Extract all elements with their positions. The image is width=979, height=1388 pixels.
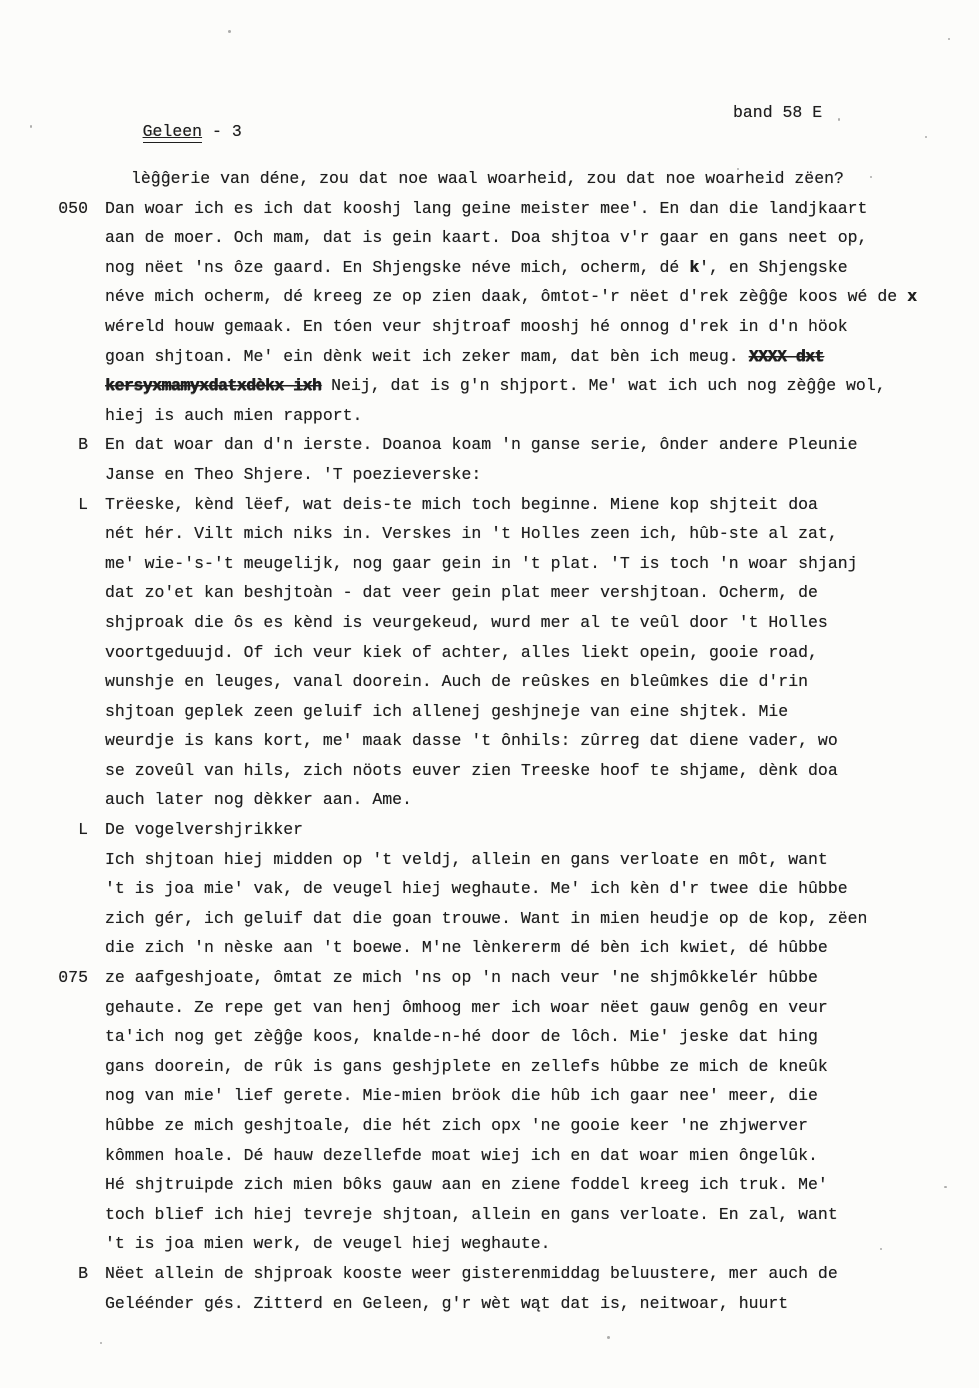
text-segment: x: [907, 287, 917, 306]
struck-out-text: XXXX dxt: [749, 347, 824, 366]
line-text: Janse en Theo Shjere. 'T poezieverske:: [105, 460, 481, 490]
margin-spacer: [48, 282, 88, 312]
page-header-left: Geleen- 3: [103, 103, 242, 162]
text-line: nét hér. Vilt mich niks in. Verskes in '…: [48, 519, 958, 549]
line-text: gans doorein, de rûk is gans geshjplete …: [105, 1052, 828, 1082]
margin-spacer: [48, 845, 88, 875]
text-segment: hûbbe ze mich geshjtoale, die hét zich o…: [105, 1116, 808, 1135]
line-text: ze aafgeshjoate, ômtat ze mich 'ns op 'n…: [105, 963, 818, 993]
struck-out-text: kersyxmamyxdatxdèkx ixh: [105, 376, 321, 395]
text-line: hûbbe ze mich geshjtoale, die hét zich o…: [48, 1111, 958, 1141]
text-segment: En dat woar dan d'n ierste. Doanoa koam …: [105, 435, 858, 454]
text-line: kômmen hoale. Dé hauw dezellefde moat wi…: [48, 1141, 958, 1171]
line-text: lèĝĝerie van déne, zou dat noe waal woar…: [105, 164, 844, 194]
line-text: voortgeduujd. Of ich veur kiek of achter…: [105, 638, 818, 668]
margin-spacer: [48, 1289, 88, 1319]
margin-spacer: [48, 342, 88, 372]
scanned-typescript-page: Geleen- 3 band 58 E lèĝĝerie van déne, z…: [0, 0, 979, 1388]
line-text: goan shjtoan. Me' ein dènk weit ich zeke…: [105, 342, 824, 372]
text-segment: lèĝĝerie van déne, zou dat noe waal woar…: [131, 169, 844, 188]
text-segment: De vogelvershjrikker: [105, 820, 303, 839]
text-segment: 't is joa mien werk, de veugel hiej wegh…: [105, 1234, 551, 1253]
margin-spacer: [48, 697, 88, 727]
line-number: 075: [48, 963, 88, 993]
margin-spacer: [48, 519, 88, 549]
text-line: néve mich ocherm, dé kreeg ze op zien da…: [48, 282, 958, 312]
page-number: - 3: [212, 122, 242, 141]
text-line: nog nëet 'ns ôze gaard. En Shjengske név…: [48, 253, 958, 283]
text-line: Geléénder gés. Zitterd en Geleen, g'r wè…: [48, 1289, 958, 1319]
line-text: nét hér. Vilt mich niks in. Verskes in '…: [105, 519, 838, 549]
text-line: Ich shjtoan hiej midden op 't veldj, all…: [48, 845, 958, 875]
scan-speck: [152, 133, 154, 135]
text-line: toch blief ich hiej tevreje shjtoan, all…: [48, 1200, 958, 1230]
margin-spacer: [48, 933, 88, 963]
text-segment: wéreld houw gemaak. En tóen veur shjtroa…: [105, 317, 848, 336]
line-text: Ich shjtoan hiej midden op 't veldj, all…: [105, 845, 828, 875]
line-text: Geléénder gés. Zitterd en Geleen, g'r wè…: [105, 1289, 788, 1319]
line-text: 't is joa mien werk, de veugel hiej wegh…: [105, 1229, 551, 1259]
margin-spacer: [48, 460, 88, 490]
text-segment: Janse en Theo Shjere. 'T poezieverske:: [105, 465, 481, 484]
scan-speck: [838, 118, 840, 121]
text-segment: hiej is auch mien rapport.: [105, 406, 362, 425]
text-line: 't is joa mie' vak, de veugel hiej wegha…: [48, 874, 958, 904]
margin-spacer: [48, 608, 88, 638]
text-line: gans doorein, de rûk is gans geshjplete …: [48, 1052, 958, 1082]
text-segment: se zoveûl van hils, zich nöots euver zie…: [105, 761, 838, 780]
text-line: gehaute. Ze repe get van henj ômhoog mer…: [48, 993, 958, 1023]
line-text: die zich 'n nèske aan 't boewe. M'ne lèn…: [105, 933, 828, 963]
speaker-label: B: [48, 430, 88, 460]
text-line: Hé shjtruipde zich mien bôks gauw aan en…: [48, 1170, 958, 1200]
text-line: weurdje is kans kort, me' maak dasse 't …: [48, 726, 958, 756]
text-segment: goan shjtoan. Me' ein dènk weit ich zeke…: [105, 347, 749, 366]
scan-speck: [870, 176, 872, 178]
text-segment: gans doorein, de rûk is gans geshjplete …: [105, 1057, 828, 1076]
margin-spacer: [48, 667, 88, 697]
text-segment: zich gér, ich geluif dat die goan trouwe…: [105, 909, 867, 928]
line-text: shjproak die ôs es kènd is veurgekeud, w…: [105, 608, 828, 638]
line-text: hûbbe ze mich geshjtoale, die hét zich o…: [105, 1111, 808, 1141]
text-line: BEn dat woar dan d'n ierste. Doanoa koam…: [48, 430, 958, 460]
text-segment: auch later nog dèkker aan. Ame.: [105, 790, 412, 809]
text-line: Janse en Theo Shjere. 'T poezieverske:: [48, 460, 958, 490]
text-line: hiej is auch mien rapport.: [48, 401, 958, 431]
scan-speck: [30, 125, 32, 128]
line-text: nog nëet 'ns ôze gaard. En Shjengske név…: [105, 253, 848, 283]
text-segment: nog nëet 'ns ôze gaard. En Shjengske név…: [105, 258, 689, 277]
line-text: ta'ich nog get zèĝĝe koos, knalde-n-hé d…: [105, 1022, 818, 1052]
line-text: néve mich ocherm, dé kreeg ze op zien da…: [105, 282, 917, 312]
line-text: Hé shjtruipde zich mien bôks gauw aan en…: [105, 1170, 828, 1200]
text-segment: gehaute. Ze repe get van henj ômhoog mer…: [105, 998, 828, 1017]
margin-spacer: [48, 253, 88, 283]
line-number: 050: [48, 194, 88, 224]
text-line: shjproak die ôs es kènd is veurgekeud, w…: [48, 608, 958, 638]
text-line: BNëet allein de shjproak kooste weer gis…: [48, 1259, 958, 1289]
margin-spacer: [48, 1170, 88, 1200]
text-segment: nét hér. Vilt mich niks in. Verskes in '…: [105, 524, 838, 543]
text-segment: Geléénder gés. Zitterd en Geleen, g'r wè…: [105, 1294, 788, 1313]
text-line: zich gér, ich geluif dat die goan trouwe…: [48, 904, 958, 934]
text-segment: 't is joa mie' vak, de veugel hiej wegha…: [105, 879, 848, 898]
margin-spacer: [48, 549, 88, 579]
line-text: shjtoan geplek zeen geluif ich allenej g…: [105, 697, 788, 727]
text-line: se zoveûl van hils, zich nöots euver zie…: [48, 756, 958, 786]
text-segment: me' wie-'s-'t meugelijk, nog gaar gein i…: [105, 554, 858, 573]
margin-spacer: [48, 904, 88, 934]
text-segment: aan de moer. Och mam, dat is gein kaart.…: [105, 228, 867, 247]
text-segment: toch blief ich hiej tevreje shjtoan, all…: [105, 1205, 838, 1224]
margin-spacer: [48, 1111, 88, 1141]
line-text: dat zo'et kan beshjtoàn - dat veer gein …: [105, 578, 818, 608]
line-text: wunshje en leuges, vanal doorein. Auch d…: [105, 667, 808, 697]
line-text: wéreld houw gemaak. En tóen veur shjtroa…: [105, 312, 848, 342]
text-line: lèĝĝerie van déne, zou dat noe waal woar…: [48, 164, 958, 194]
text-segment: Hé shjtruipde zich mien bôks gauw aan en…: [105, 1175, 828, 1194]
margin-spacer: [48, 401, 88, 431]
text-segment: shjproak die ôs es kènd is veurgekeud, w…: [105, 613, 828, 632]
band-label: band 58 E: [733, 103, 822, 122]
line-text: auch later nog dèkker aan. Ame.: [105, 785, 412, 815]
speaker-label: L: [48, 490, 88, 520]
text-segment: ', en Shjengske: [699, 258, 848, 277]
text-segment: die zich 'n nèske aan 't boewe. M'ne lèn…: [105, 938, 828, 957]
text-line: me' wie-'s-'t meugelijk, nog gaar gein i…: [48, 549, 958, 579]
speaker-label: B: [48, 1259, 88, 1289]
scan-speck: [944, 1186, 947, 1188]
margin-spacer: [48, 312, 88, 342]
margin-spacer: [48, 1052, 88, 1082]
text-segment: weurdje is kans kort, me' maak dasse 't …: [105, 731, 838, 750]
text-segment: voortgeduujd. Of ich veur kiek of achter…: [105, 643, 818, 662]
line-text: kersyxmamyxdatxdèkx ixh Neij, dat is g'n…: [105, 371, 886, 401]
line-text: De vogelvershjrikker: [105, 815, 303, 845]
text-line: kersyxmamyxdatxdèkx ixh Neij, dat is g'n…: [48, 371, 958, 401]
text-segment: wunshje en leuges, vanal doorein. Auch d…: [105, 672, 808, 691]
margin-spacer: [48, 164, 88, 194]
text-line: 't is joa mien werk, de veugel hiej wegh…: [48, 1229, 958, 1259]
line-text: 't is joa mie' vak, de veugel hiej wegha…: [105, 874, 848, 904]
line-text: aan de moer. Och mam, dat is gein kaart.…: [105, 223, 867, 253]
margin-spacer: [48, 1022, 88, 1052]
text-segment: ta'ich nog get zèĝĝe koos, knalde-n-hé d…: [105, 1027, 818, 1046]
text-segment: ze aafgeshjoate, ômtat ze mich 'ns op 'n…: [105, 968, 818, 987]
speaker-label: L: [48, 815, 88, 845]
scan-speck: [100, 1342, 102, 1344]
text-segment: k: [689, 258, 699, 277]
text-line: nog van mie' lief gerete. Mie-mien bröok…: [48, 1081, 958, 1111]
text-line: shjtoan geplek zeen geluif ich allenej g…: [48, 697, 958, 727]
text-line: auch later nog dèkker aan. Ame.: [48, 785, 958, 815]
margin-spacer: [48, 993, 88, 1023]
line-text: toch blief ich hiej tevreje shjtoan, all…: [105, 1200, 838, 1230]
text-line: wéreld houw gemaak. En tóen veur shjtroa…: [48, 312, 958, 342]
scan-speck: [737, 168, 739, 170]
text-segment: Ich shjtoan hiej midden op 't veldj, all…: [105, 850, 828, 869]
margin-spacer: [48, 726, 88, 756]
text-line: LTrëeske, kènd lëef, wat deis-te mich to…: [48, 490, 958, 520]
margin-spacer: [48, 578, 88, 608]
text-line: 050Dan woar ich es ich dat kooshj lang g…: [48, 194, 958, 224]
line-text: gehaute. Ze repe get van henj ômhoog mer…: [105, 993, 828, 1023]
line-text: Dan woar ich es ich dat kooshj lang gein…: [105, 194, 867, 224]
text-line: LDe vogelvershjrikker: [48, 815, 958, 845]
scan-speck: [228, 30, 231, 33]
text-line: dat zo'et kan beshjtoàn - dat veer gein …: [48, 578, 958, 608]
line-text: weurdje is kans kort, me' maak dasse 't …: [105, 726, 838, 756]
margin-spacer: [48, 1081, 88, 1111]
text-line: wunshje en leuges, vanal doorein. Auch d…: [48, 667, 958, 697]
line-text: kômmen hoale. Dé hauw dezellefde moat wi…: [105, 1141, 818, 1171]
line-text: Trëeske, kènd lëef, wat deis-te mich toc…: [105, 490, 818, 520]
text-segment: shjtoan geplek zeen geluif ich allenej g…: [105, 702, 788, 721]
text-body: lèĝĝerie van déne, zou dat noe waal woar…: [48, 164, 958, 1318]
text-segment: Trëeske, kènd lëef, wat deis-te mich toc…: [105, 495, 818, 514]
margin-spacer: [48, 874, 88, 904]
line-text: me' wie-'s-'t meugelijk, nog gaar gein i…: [105, 549, 858, 579]
text-line: die zich 'n nèske aan 't boewe. M'ne lèn…: [48, 933, 958, 963]
scan-speck: [925, 136, 927, 138]
text-line: aan de moer. Och mam, dat is gein kaart.…: [48, 223, 958, 253]
margin-spacer: [48, 785, 88, 815]
text-segment: Dan woar ich es ich dat kooshj lang gein…: [105, 199, 867, 218]
margin-spacer: [48, 371, 88, 401]
line-text: nog van mie' lief gerete. Mie-mien bröok…: [105, 1081, 818, 1111]
margin-spacer: [48, 1141, 88, 1171]
text-line: voortgeduujd. Of ich veur kiek of achter…: [48, 638, 958, 668]
margin-spacer: [48, 1200, 88, 1230]
margin-spacer: [48, 756, 88, 786]
scan-speck: [607, 1336, 610, 1339]
text-segment: nog van mie' lief gerete. Mie-mien bröok…: [105, 1086, 818, 1105]
line-text: Nëet allein de shjproak kooste weer gist…: [105, 1259, 838, 1289]
text-segment: Neij, dat is g'n shjport. Me' wat ich uc…: [321, 376, 885, 395]
text-line: 075ze aafgeshjoate, ômtat ze mich 'ns op…: [48, 963, 958, 993]
text-segment: Nëet allein de shjproak kooste weer gist…: [105, 1264, 838, 1283]
scan-speck: [948, 38, 950, 40]
line-text: En dat woar dan d'n ierste. Doanoa koam …: [105, 430, 858, 460]
text-segment: kômmen hoale. Dé hauw dezellefde moat wi…: [105, 1146, 818, 1165]
scan-speck: [880, 1248, 882, 1250]
line-text: hiej is auch mien rapport.: [105, 401, 362, 431]
text-segment: néve mich ocherm, dé kreeg ze op zien da…: [105, 287, 907, 306]
line-text: zich gér, ich geluif dat die goan trouwe…: [105, 904, 867, 934]
margin-spacer: [48, 1229, 88, 1259]
text-line: ta'ich nog get zèĝĝe koos, knalde-n-hé d…: [48, 1022, 958, 1052]
margin-spacer: [48, 638, 88, 668]
line-text: se zoveûl van hils, zich nöots euver zie…: [105, 756, 838, 786]
text-line: goan shjtoan. Me' ein dènk weit ich zeke…: [48, 342, 958, 372]
text-segment: dat zo'et kan beshjtoàn - dat veer gein …: [105, 583, 818, 602]
margin-spacer: [48, 223, 88, 253]
